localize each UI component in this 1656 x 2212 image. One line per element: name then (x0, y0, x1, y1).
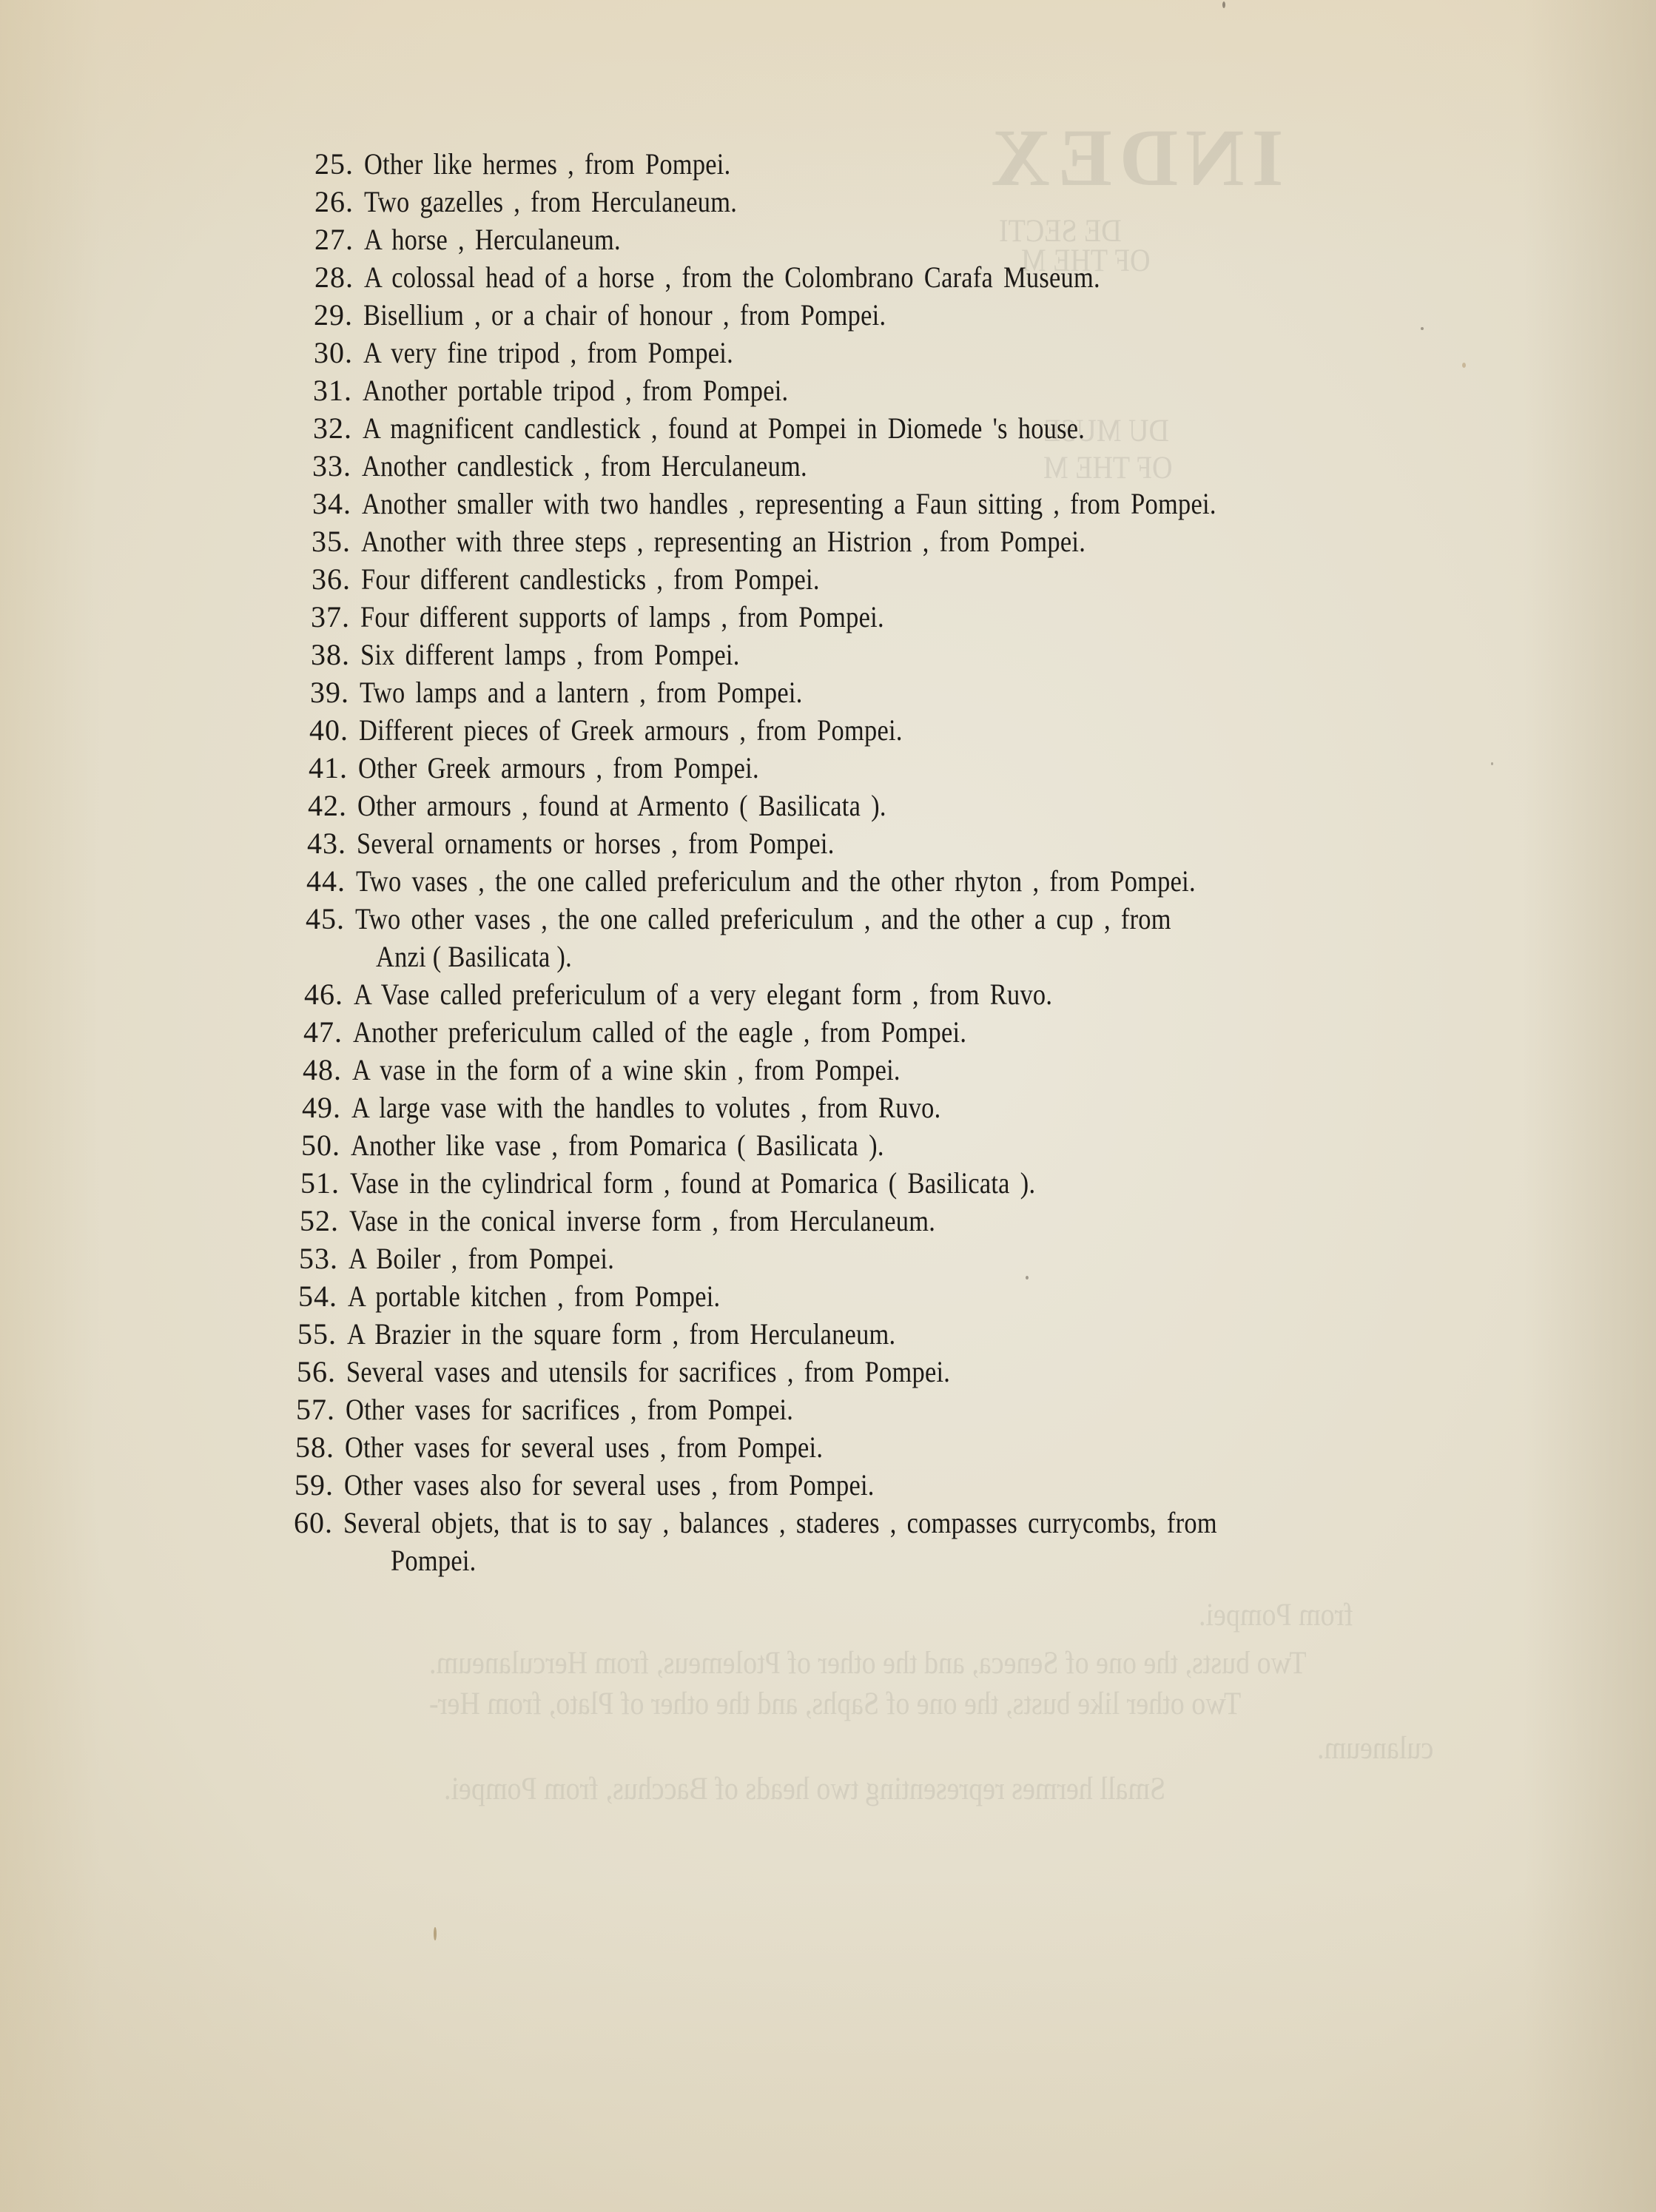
entry-number: 26. (287, 183, 354, 221)
index-entry-51: 51. Vase in the cylindrical form , found… (0, 1164, 1656, 1202)
index-entry-27: 27. A horse , Herculaneum. (0, 221, 1656, 258)
index-entry-49: 49. A large vase with the handles to vol… (0, 1089, 1656, 1126)
index-entry-58: 58. Other vases for several uses , from … (0, 1428, 1656, 1466)
index-entry-57: 57. Other vases for sacrifices , from Po… (0, 1391, 1656, 1428)
entry-text: Other vases for several uses , from Pomp… (345, 1428, 823, 1466)
index-entry-50: 50. Another like vase , from Pomarica ( … (0, 1126, 1656, 1164)
entry-text: Four different supports of lamps , from … (360, 598, 884, 636)
entry-text: Several vases and utensils for sacrifice… (346, 1353, 950, 1391)
index-entry-35: 35. Another with three steps , represent… (0, 522, 1656, 560)
index-entry-46: 46. A Vase called prefericulum of a very… (0, 975, 1656, 1013)
index-entry-53: 53. A Boiler , from Pompei. (0, 1240, 1656, 1277)
index-entry-39: 39. Two lamps and a lantern , from Pompe… (0, 673, 1656, 711)
show-through-line: from Pompei. (1199, 1596, 1353, 1634)
entry-text: Other armours , found at Armento ( Basil… (357, 787, 886, 824)
entry-number: 25. (287, 145, 354, 183)
index-entry-34: 34. Another smaller with two handles , r… (0, 485, 1656, 522)
entry-number: 45. (278, 900, 345, 938)
entry-text: Another with three steps , representing … (361, 522, 1086, 560)
index-entry-56: 56. Several vases and utensils for sacri… (0, 1353, 1656, 1391)
entry-text: Another prefericulum called of the eagle… (353, 1013, 966, 1051)
index-entry-41: 41. Other Greek armours , from Pompei. (0, 749, 1656, 787)
entry-text: A colossal head of a horse , from the Co… (364, 258, 1100, 296)
entry-text: A magnificent candlestick , found at Pom… (363, 409, 1085, 447)
entry-text: Bisellium , or a chair of honour , from … (363, 296, 886, 334)
index-entry-60: 60. Several objets, that is to say , bal… (0, 1504, 1656, 1579)
entry-number: 58. (268, 1428, 334, 1466)
entry-number: 48. (275, 1051, 342, 1089)
show-through-line: culaneum. (1317, 1729, 1433, 1767)
index-entry-52: 52. Vase in the conical inverse form , f… (0, 1202, 1656, 1240)
entry-text: Two other vases , the one called preferi… (355, 900, 1171, 938)
entry-number: 38. (283, 636, 350, 673)
entry-number: 43. (280, 824, 346, 862)
entry-number: 52. (272, 1202, 339, 1240)
entry-continuation: Anzi ( Basilicata ). (376, 938, 572, 975)
entry-number: 41. (281, 749, 348, 787)
entry-number: 51. (273, 1164, 340, 1202)
index-entry-47: 47. Another prefericulum called of the e… (0, 1013, 1656, 1051)
entry-number: 37. (283, 598, 350, 636)
entry-number: 34. (285, 485, 351, 522)
entry-number: 39. (283, 673, 349, 711)
entry-text: Two gazelles , from Herculaneum. (364, 183, 737, 221)
entry-text: Vase in the conical inverse form , from … (349, 1202, 935, 1240)
entry-text: A Vase called prefericulum of a very ele… (354, 975, 1052, 1013)
index-entry-59: 59. Other vases also for several uses , … (0, 1466, 1656, 1504)
entry-number: 56. (269, 1353, 336, 1391)
entry-text: A very fine tripod , from Pompei. (363, 334, 733, 372)
show-through-line: Small hermes representing two heads of B… (444, 1770, 1165, 1808)
index-entry-44: 44. Two vases , the one called prefericu… (0, 862, 1656, 900)
index-entry-43: 43. Several ornaments or horses , from P… (0, 824, 1656, 862)
entry-text: Other vases also for several uses , from… (344, 1466, 875, 1504)
entry-text: Another portable tripod , from Pompei. (363, 372, 788, 409)
index-entry-55: 55. A Brazier in the square form , from … (0, 1315, 1656, 1353)
book-page: INDEX DE SECTI OF THE M DU MUSE OF THE M… (0, 0, 1656, 2212)
index-entry-37: 37. Four different supports of lamps , f… (0, 598, 1656, 636)
entry-text: Vase in the cylindrical form , found at … (350, 1164, 1035, 1202)
entry-text: A Boiler , from Pompei. (349, 1240, 614, 1277)
index-entry-54: 54. A portable kitchen , from Pompei. (0, 1277, 1656, 1315)
index-entry-45: 45. Two other vases , the one called pre… (0, 900, 1656, 975)
entry-text: Different pieces of Greek armours , from… (359, 711, 903, 749)
entry-text: Two lamps and a lantern , from Pompei. (360, 673, 803, 711)
entry-number: 50. (274, 1126, 340, 1164)
paper-speck (1222, 1, 1225, 8)
entry-number: 55. (270, 1315, 337, 1353)
entry-text: A portable kitchen , from Pompei. (348, 1277, 720, 1315)
entry-number: 53. (272, 1240, 338, 1277)
entry-text: Other vases for sacrifices , from Pompei… (346, 1391, 793, 1428)
index-entry-40: 40. Different pieces of Greek armours , … (0, 711, 1656, 749)
entry-number: 32. (286, 409, 352, 447)
entry-number: 42. (280, 787, 347, 824)
entry-number: 40. (282, 711, 349, 749)
entry-number: 54. (271, 1277, 337, 1315)
entry-text: A large vase with the handles to volutes… (351, 1089, 940, 1126)
entry-number: 49. (275, 1089, 341, 1126)
entry-text: Four different candlesticks , from Pompe… (361, 560, 820, 598)
show-through-line: Two busts, the one of Seneca, and the ot… (429, 1644, 1307, 1682)
entry-text: A horse , Herculaneum. (364, 221, 621, 258)
entry-continuation: Pompei. (391, 1542, 477, 1579)
entry-text: Several objets, that is to say , balance… (343, 1504, 1217, 1542)
entry-text: Two vases , the one called prefericulum … (356, 862, 1196, 900)
entry-number: 44. (279, 862, 346, 900)
entry-text: A Brazier in the square form , from Herc… (347, 1315, 895, 1353)
entry-text: Other like hermes , from Pompei. (364, 145, 730, 183)
entry-number: 30. (286, 334, 353, 372)
index-entry-29: 29. Bisellium , or a chair of honour , f… (0, 296, 1656, 334)
entry-text: Several ornaments or horses , from Pompe… (357, 824, 835, 862)
index-entry-36: 36. Four different candlesticks , from P… (0, 560, 1656, 598)
entry-number: 29. (286, 296, 353, 334)
index-entry-32: 32. A magnificent candlestick , found at… (0, 409, 1656, 447)
entry-number: 28. (287, 258, 354, 296)
index-entry-33: 33. Another candlestick , from Herculane… (0, 447, 1656, 485)
index-entry-31: 31. Another portable tripod , from Pompe… (0, 372, 1656, 409)
entry-text: A vase in the form of a wine skin , from… (352, 1051, 901, 1089)
entry-number: 57. (269, 1391, 335, 1428)
entry-number: 31. (286, 372, 352, 409)
entry-text: Six different lamps , from Pompei. (360, 636, 740, 673)
entry-number: 47. (276, 1013, 343, 1051)
entry-number: 59. (267, 1466, 334, 1504)
index-entry-30: 30. A very fine tripod , from Pompei. (0, 334, 1656, 372)
entry-number: 35. (284, 522, 351, 560)
index-entry-38: 38. Six different lamps , from Pompei. (0, 636, 1656, 673)
entry-number: 33. (285, 447, 351, 485)
index-entry-48: 48. A vase in the form of a wine skin , … (0, 1051, 1656, 1089)
entry-text: Another smaller with two handles , repre… (362, 485, 1216, 522)
show-through-line: Two other like busts, the one of Saphs, … (429, 1685, 1241, 1723)
index-entry-26: 26. Two gazelles , from Herculaneum. (0, 183, 1656, 221)
index-entry-28: 28. A colossal head of a horse , from th… (0, 258, 1656, 296)
entry-number: 60. (266, 1504, 333, 1542)
entry-text: Another like vase , from Pomarica ( Basi… (351, 1126, 884, 1164)
entry-text: Other Greek armours , from Pompei. (358, 749, 759, 787)
entry-number: 46. (277, 975, 343, 1013)
index-list: 25. Other like hermes , from Pompei. 26.… (0, 145, 1656, 1579)
entry-number: 36. (284, 560, 351, 598)
entry-text: Another candlestick , from Herculaneum. (362, 447, 807, 485)
index-entry-42: 42. Other armours , found at Armento ( B… (0, 787, 1656, 824)
index-entry-25: 25. Other like hermes , from Pompei. (0, 145, 1656, 183)
paper-speck (434, 1927, 437, 1940)
entry-number: 27. (287, 221, 354, 258)
